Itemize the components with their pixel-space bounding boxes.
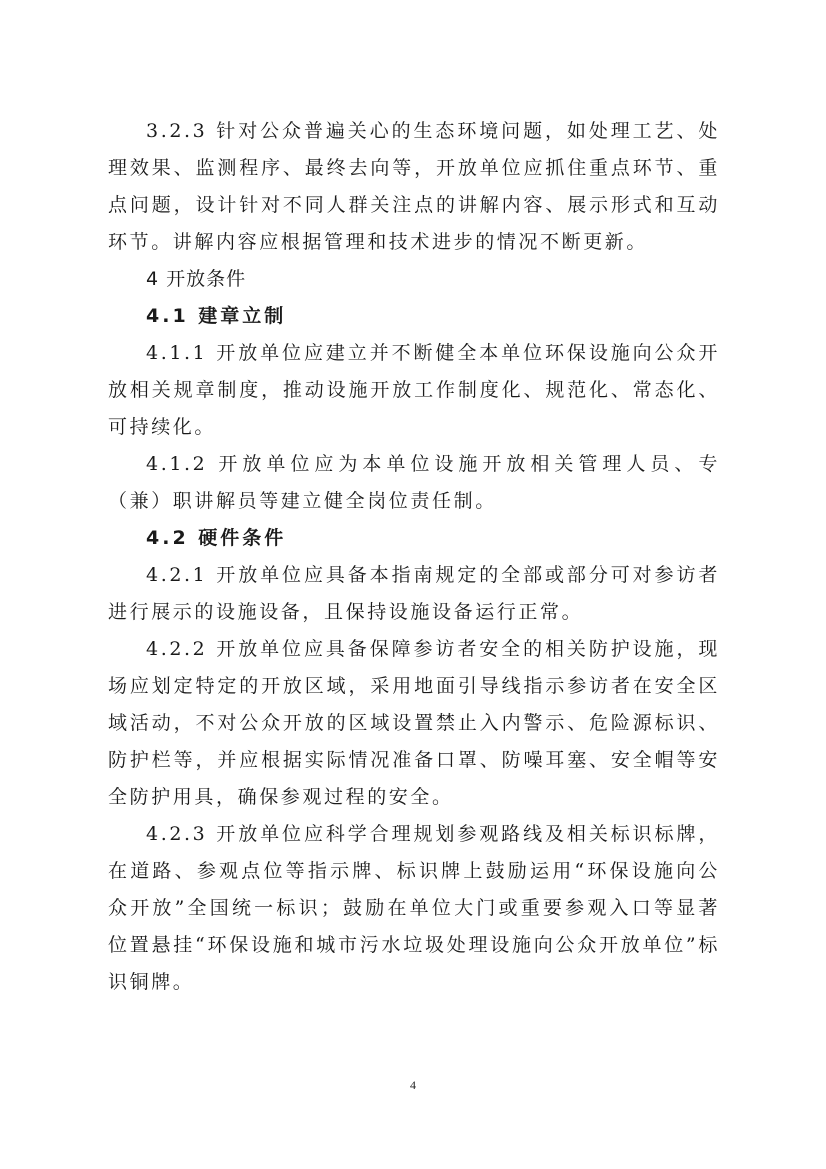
subsection-heading-4-2: 4.2 硬件条件 <box>108 520 720 557</box>
paragraph-4-2-1: 4.2.1 开放单位应具备本指南规定的全部或部分可对参访者进行展示的设施设备，且… <box>108 557 720 631</box>
paragraph-4-1-2: 4.1.2 开放单位应为本单位设施开放相关管理人员、专（兼）职讲解员等建立健全岗… <box>108 446 720 520</box>
paragraph-4-2-3: 4.2.3 开放单位应科学合理规划参观路线及相关标识标牌，在道路、参观点位等指示… <box>108 816 720 1001</box>
section-heading-4: 4 开放条件 <box>108 261 720 298</box>
paragraph-4-2-2: 4.2.2 开放单位应具备保障参访者安全的相关防护设施，现场应划定特定的开放区域… <box>108 631 720 816</box>
paragraph-4-1-1: 4.1.1 开放单位应建立并不断健全本单位环保设施向公众开放相关规章制度，推动设… <box>108 335 720 446</box>
page-number: 4 <box>0 1078 826 1093</box>
paragraph-3-2-3: 3.2.3 针对公众普遍关心的生态环境问题，如处理工艺、处理效果、监测程序、最终… <box>108 113 720 261</box>
subsection-heading-4-1: 4.1 建章立制 <box>108 298 720 335</box>
document-page: 3.2.3 针对公众普遍关心的生态环境问题，如处理工艺、处理效果、监测程序、最终… <box>108 113 720 1001</box>
